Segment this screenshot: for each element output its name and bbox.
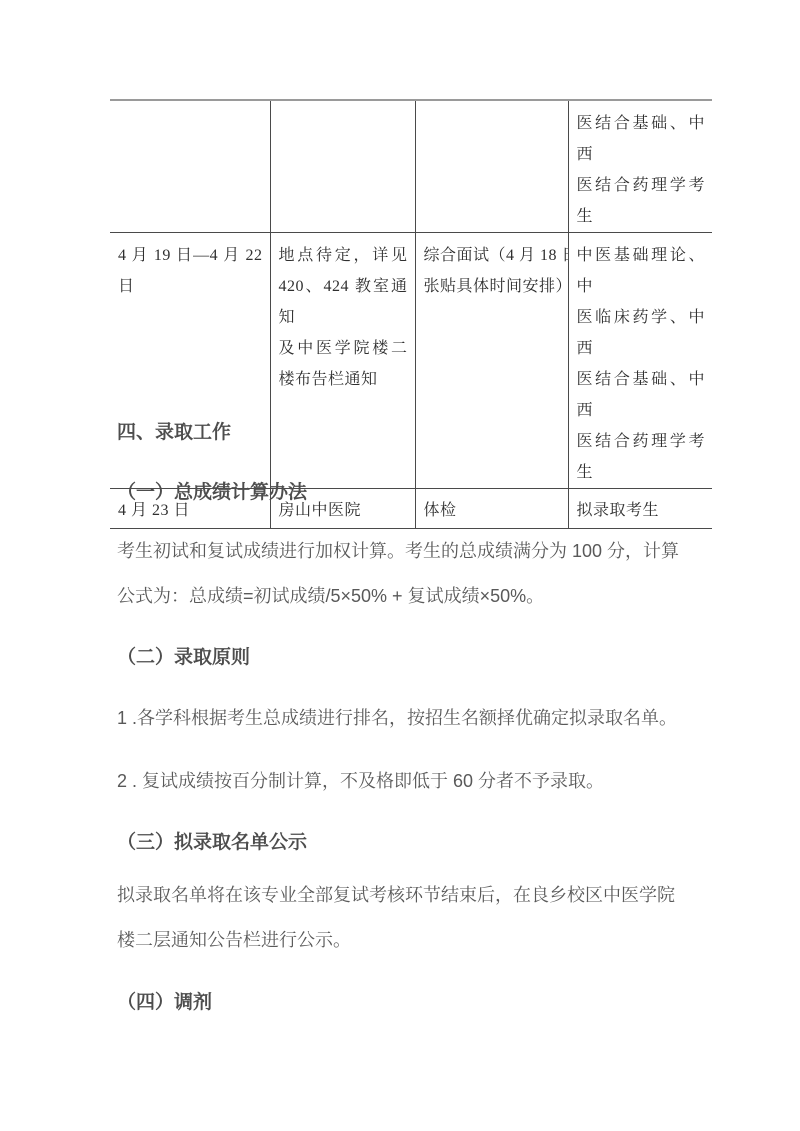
- cell-line: 4 月 19 日—4 月 22 日: [118, 240, 263, 302]
- subsection-title-admission-list-publicity: （三）拟录取名单公示: [117, 830, 697, 856]
- table-cell-candidates: 医结合基础、中西 医结合药理学考 生: [568, 100, 712, 233]
- cell-line: 地点待定，详见: [279, 240, 408, 271]
- schedule-table: 医结合基础、中西 医结合药理学考 生 4 月 19 日—4 月 22 日 地点待…: [110, 99, 712, 529]
- cell-line: 综合面试（4 月 18 日: [424, 240, 561, 271]
- table-cell-date: 4 月 19 日—4 月 22 日: [110, 233, 270, 489]
- list-item-ranking-rule: 1 .各学科根据考生总成绩进行排名，按招生名额择优确定拟录取名单。: [117, 705, 697, 731]
- table-cell-event: [415, 100, 568, 233]
- cell-line: 医结合基础、中西: [577, 108, 706, 170]
- cell-line: 医结合基础、中西: [577, 364, 706, 426]
- table-row: 医结合基础、中西 医结合药理学考 生: [110, 100, 712, 233]
- table-cell-candidates: 中医基础理论、中 医临床药学、中西 医结合基础、中西 医结合药理学考 生: [568, 233, 712, 489]
- cell-line: 医结合药理学考: [577, 170, 706, 201]
- paragraph-publicity-location: 拟录取名单将在该专业全部复试考核环节结束后，在良乡校区中医学院 楼二层通知公告栏…: [117, 873, 695, 963]
- section-heading-admission-work: 四、录取工作: [117, 420, 697, 446]
- subsection-title-score-calculation: （一）总成绩计算办法: [117, 480, 697, 506]
- cell-line: 生: [577, 201, 706, 232]
- cell-line: 及中医学院楼二: [279, 333, 408, 364]
- subsection-title-admission-principles: （二）录取原则: [117, 645, 697, 671]
- cell-line: 医临床药学、中西: [577, 302, 706, 364]
- cell-line: 中医基础理论、中: [577, 240, 706, 302]
- table-cell-location: 地点待定，详见 420、424 教室通知 及中医学院楼二 楼布告栏通知: [270, 233, 415, 489]
- cell-line: 420、424 教室通知: [279, 271, 408, 333]
- cell-line: 楼布告栏通知: [279, 364, 408, 395]
- subsection-title-adjustment: （四）调剂: [117, 990, 697, 1016]
- table-cell-event: 综合面试（4 月 18 日 张贴具体时间安排）: [415, 233, 568, 489]
- table-cell-date: [110, 100, 270, 233]
- table-cell-location: [270, 100, 415, 233]
- cell-line: 张贴具体时间安排）: [424, 271, 561, 302]
- list-item-pass-rule: 2 . 复试成绩按百分制计算，不及格即低于 60 分者不予录取。: [117, 768, 697, 794]
- paragraph-score-formula: 考生初试和复试成绩进行加权计算。考生的总成绩满分为 100 分，计算 公式为：总…: [117, 529, 695, 619]
- table-row: 4 月 19 日—4 月 22 日 地点待定，详见 420、424 教室通知 及…: [110, 233, 712, 489]
